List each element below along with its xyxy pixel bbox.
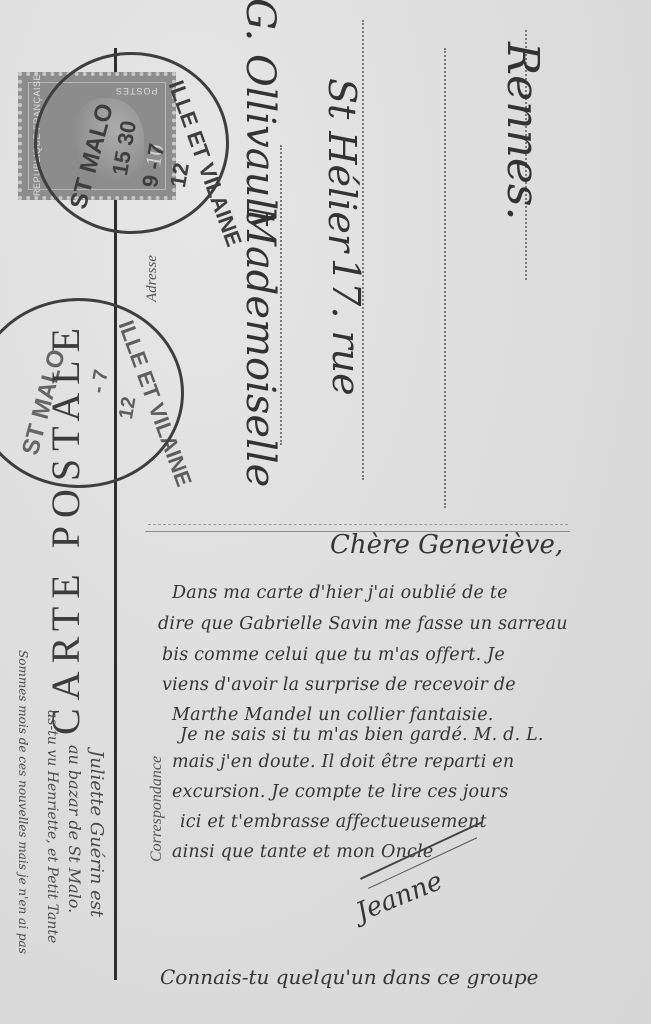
message-line: dire que Gabrielle Savin me fasse un sar… [158,614,568,634]
postmark-date: - 7 [87,368,114,395]
address-recipient-name: G. Ollivault [237,0,283,226]
message-postscript: Connais-tu quelqu'un dans ce groupe [160,965,539,989]
side-note: Juliette Guérin est [86,750,107,917]
address-city: Rennes. [497,42,548,220]
address-label: Adresse [144,255,161,302]
message-line: excursion. Je compte te lire ces jours [172,782,509,802]
message-line: ainsi que tante et mon Oncle [172,842,433,862]
postmark-year: 12 [115,395,142,421]
message-line: Marthe Mandel un collier fantaisie. [172,705,494,725]
side-note: as-tu vu Henriette, et Petit Tante [44,710,60,943]
postcard-back: REPUBLIQUE FRANÇAISE POSTES 10 c ST MALO… [0,0,651,1024]
message-salutation: Chère Geneviève, [330,530,563,560]
address-guide-line [444,48,446,508]
message-line: Dans ma carte d'hier j'ai oublié de te [172,583,508,603]
message-line: mais j'en doute. Il doit être reparti en [172,752,514,772]
side-note: Sommes mois de ces nouvelles mais je n'e… [16,650,30,954]
postmark-year: 12 [165,161,195,190]
message-line: bis comme celui que tu m'as offert. Je [162,645,505,665]
correspondence-label: Correspondance [148,756,166,862]
postmark-circle: ST MALO ILLE ET VILAINE 15 30 9 - 7 12 [34,52,229,234]
address-street-number: 17. rue [324,258,368,396]
side-note: au bazar de St Malo. [65,745,84,913]
divider-rule-dashed [148,524,568,525]
message-line: Je ne sais si tu m'as bien gardé. M. d. … [180,725,544,745]
address-recipient-title: Mademoiselle [237,205,283,487]
address-street-name: St Hélier [320,78,364,252]
message-line: viens d'avoir la surprise de recevoir de [162,675,516,695]
card-title: CARTE POSTALE [42,320,89,735]
postmark-circle: ST MALO ILLE ET VILAINE - 7 12 [0,298,184,488]
message-line: ici et t'embrasse affectueusement [180,812,487,832]
